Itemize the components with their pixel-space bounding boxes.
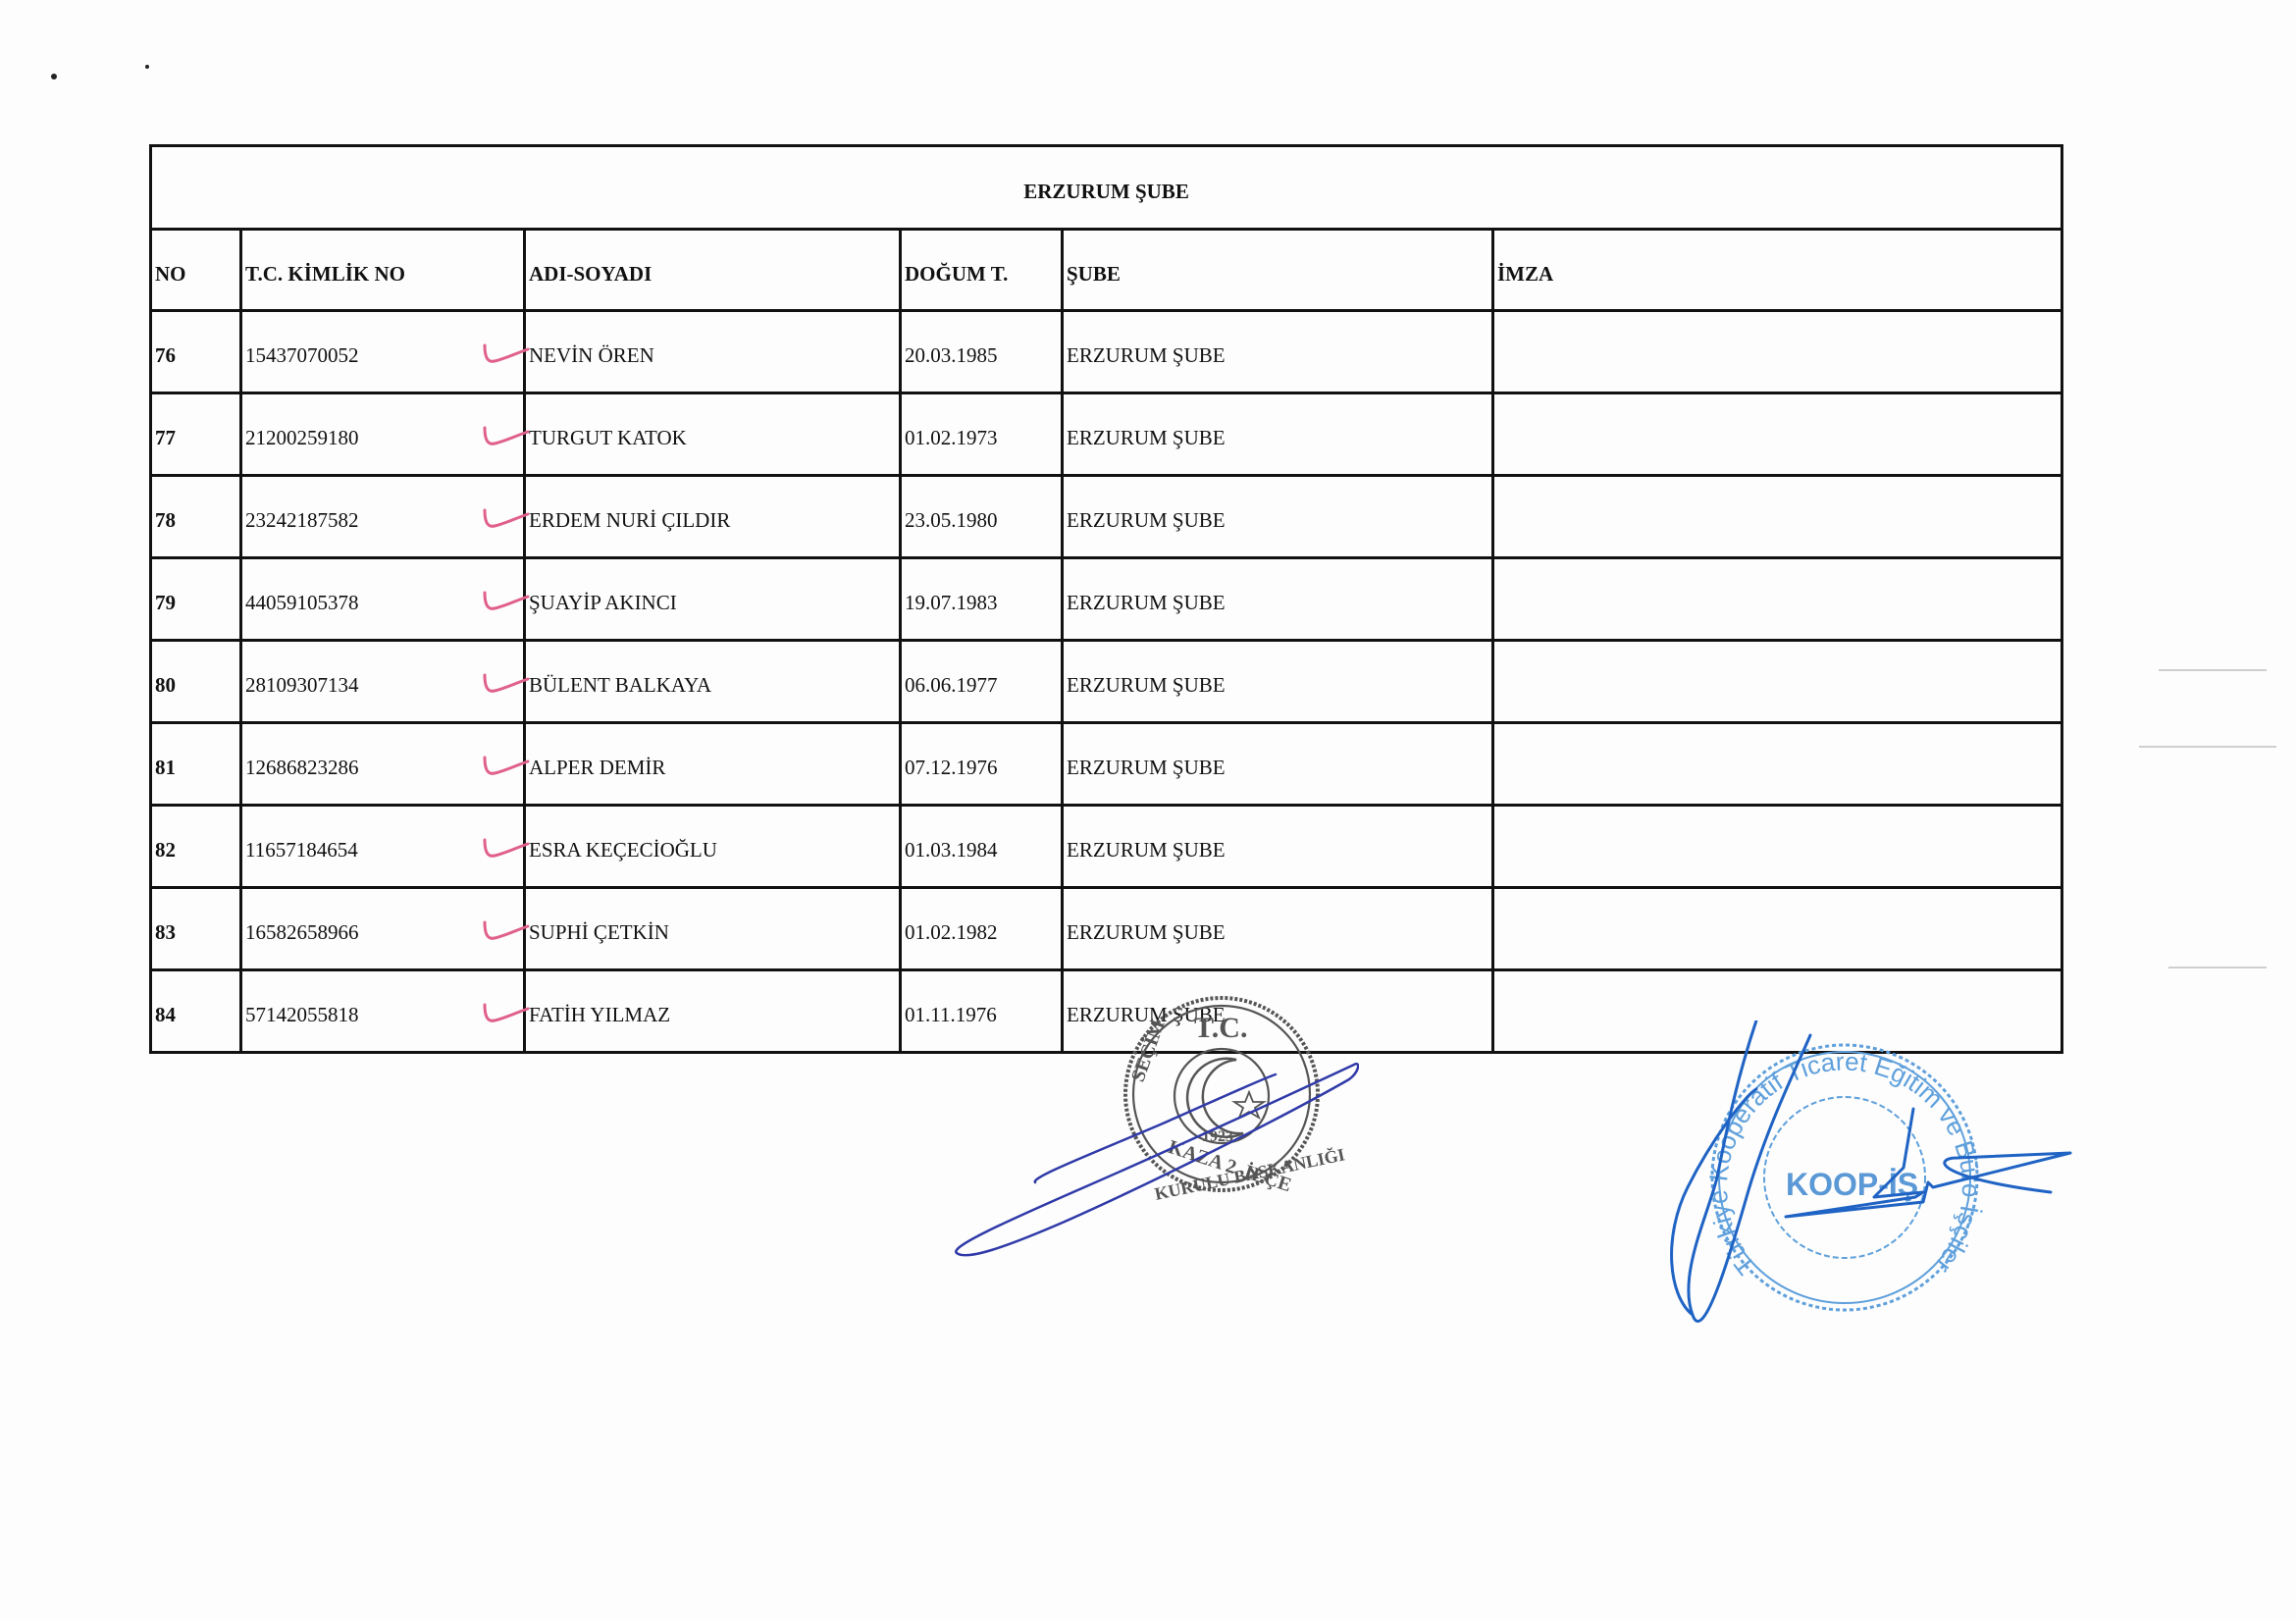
full-name: FATİH YILMAZ xyxy=(525,970,901,1053)
full-name-text: ESRA KEÇECİOĞLU xyxy=(529,838,717,862)
table-row: 8028109307134BÜLENT BALKAYA06.06.1977ERZ… xyxy=(151,641,2062,723)
row-number: 84 xyxy=(151,970,241,1053)
birth-date: 01.03.1984 xyxy=(901,806,1063,888)
branch-name: ERZURUM ŞUBE xyxy=(1063,641,1493,723)
signature-field[interactable] xyxy=(1493,806,2062,888)
branch-name: ERZURUM ŞUBE xyxy=(1063,888,1493,970)
row-number: 77 xyxy=(151,393,241,476)
full-name-text: ŞUAYİP AKINCI xyxy=(529,591,677,614)
tc-id-number: 44059105378 xyxy=(241,558,525,641)
column-header-branch: ŞUBE xyxy=(1063,230,1493,311)
table-row: 7721200259180TURGUT KATOK01.02.1973ERZUR… xyxy=(151,393,2062,476)
scan-edge-mark xyxy=(2159,669,2267,671)
tc-id-number: 11657184654 xyxy=(241,806,525,888)
member-roster-table: ERZURUM ŞUBE NO T.C. KİMLİK NO ADI-SOYAD… xyxy=(149,144,2063,1054)
tc-id-number: 21200259180 xyxy=(241,393,525,476)
table-title-row: ERZURUM ŞUBE xyxy=(151,146,2062,230)
birth-date: 19.07.1983 xyxy=(901,558,1063,641)
branch-name: ERZURUM ŞUBE xyxy=(1063,393,1493,476)
branch-name: ERZURUM ŞUBE xyxy=(1063,476,1493,558)
birth-date: 20.03.1985 xyxy=(901,311,1063,393)
full-name: ŞUAYİP AKINCI xyxy=(525,558,901,641)
tc-id-number: 16582658966 xyxy=(241,888,525,970)
tc-id-number: 57142055818 xyxy=(241,970,525,1053)
column-header-signature: İMZA xyxy=(1493,230,2062,311)
full-name-text: SUPHİ ÇETKİN xyxy=(529,920,669,944)
scan-speck xyxy=(145,65,149,69)
full-name-text: BÜLENT BALKAYA xyxy=(529,673,711,697)
full-name-text: FATİH YILMAZ xyxy=(529,1003,670,1026)
row-number: 80 xyxy=(151,641,241,723)
column-header-row: NO T.C. KİMLİK NO ADI-SOYADI DOĞUM T. ŞU… xyxy=(151,230,2062,311)
roster-body: 7615437070052NEVİN ÖREN20.03.1985ERZURUM… xyxy=(151,311,2062,1053)
birth-date: 01.02.1973 xyxy=(901,393,1063,476)
full-name-text: ERDEM NURİ ÇILDIR xyxy=(529,508,730,532)
signature-field[interactable] xyxy=(1493,888,2062,970)
scan-speck xyxy=(51,74,57,79)
scan-edge-mark xyxy=(2168,967,2267,968)
signature-field[interactable] xyxy=(1493,723,2062,806)
row-number: 79 xyxy=(151,558,241,641)
signature-field[interactable] xyxy=(1493,476,2062,558)
table-row: 8211657184654ESRA KEÇECİOĞLU01.03.1984ER… xyxy=(151,806,2062,888)
birth-date: 23.05.1980 xyxy=(901,476,1063,558)
table-row: 7615437070052NEVİN ÖREN20.03.1985ERZURUM… xyxy=(151,311,2062,393)
branch-name: ERZURUM ŞUBE xyxy=(1063,311,1493,393)
birth-date: 01.02.1982 xyxy=(901,888,1063,970)
stamp-ring-left-text: SEÇİM xyxy=(1125,1016,1170,1084)
full-name: ALPER DEMİR xyxy=(525,723,901,806)
full-name: TURGUT KATOK xyxy=(525,393,901,476)
full-name: NEVİN ÖREN xyxy=(525,311,901,393)
table-title: ERZURUM ŞUBE xyxy=(151,146,2062,230)
full-name: ESRA KEÇECİOĞLU xyxy=(525,806,901,888)
table-row: 7944059105378ŞUAYİP AKINCI19.07.1983ERZU… xyxy=(151,558,2062,641)
branch-name: ERZURUM ŞUBE xyxy=(1063,806,1493,888)
union-stamp: Türkiye Kooperatif Ticaret Eğitim ve Bür… xyxy=(1639,1020,2080,1344)
column-header-tc-id: T.C. KİMLİK NO xyxy=(241,230,525,311)
birth-date: 07.12.1976 xyxy=(901,723,1063,806)
tc-id-number: 28109307134 xyxy=(241,641,525,723)
stamp-top-text: T.C. xyxy=(1194,1012,1247,1044)
full-name: ERDEM NURİ ÇILDIR xyxy=(525,476,901,558)
full-name-text: ALPER DEMİR xyxy=(529,756,665,779)
table-row: 8316582658966SUPHİ ÇETKİN01.02.1982ERZUR… xyxy=(151,888,2062,970)
full-name-text: TURGUT KATOK xyxy=(529,426,687,449)
branch-name: ERZURUM ŞUBE xyxy=(1063,558,1493,641)
column-header-full-name: ADI-SOYADI xyxy=(525,230,901,311)
row-number: 76 xyxy=(151,311,241,393)
signature-field[interactable] xyxy=(1493,641,2062,723)
table-row: 8112686823286ALPER DEMİR07.12.1976ERZURU… xyxy=(151,723,2062,806)
signature-field[interactable] xyxy=(1493,311,2062,393)
table-row: 7823242187582ERDEM NURİ ÇILDIR23.05.1980… xyxy=(151,476,2062,558)
full-name-text: NEVİN ÖREN xyxy=(529,343,654,367)
row-number: 83 xyxy=(151,888,241,970)
signature-field[interactable] xyxy=(1493,393,2062,476)
full-name: SUPHİ ÇETKİN xyxy=(525,888,901,970)
scan-edge-mark xyxy=(2139,746,2276,748)
signature-field[interactable] xyxy=(1493,558,2062,641)
full-name: BÜLENT BALKAYA xyxy=(525,641,901,723)
column-header-birth-date: DOĞUM T. xyxy=(901,230,1063,311)
election-board-stamp: T.C. 1923 SEÇİM KAZA 2. İLÇE KURULU BAŞK… xyxy=(937,986,1359,1281)
tc-id-number: 23242187582 xyxy=(241,476,525,558)
tc-id-number: 15437070052 xyxy=(241,311,525,393)
row-number: 81 xyxy=(151,723,241,806)
row-number: 82 xyxy=(151,806,241,888)
branch-name: ERZURUM ŞUBE xyxy=(1063,723,1493,806)
birth-date: 06.06.1977 xyxy=(901,641,1063,723)
row-number: 78 xyxy=(151,476,241,558)
column-header-no: NO xyxy=(151,230,241,311)
union-stamp-ring-text: Türkiye Kooperatif Ticaret Eğitim ve Bür… xyxy=(1639,1020,1986,1281)
tc-id-number: 12686823286 xyxy=(241,723,525,806)
